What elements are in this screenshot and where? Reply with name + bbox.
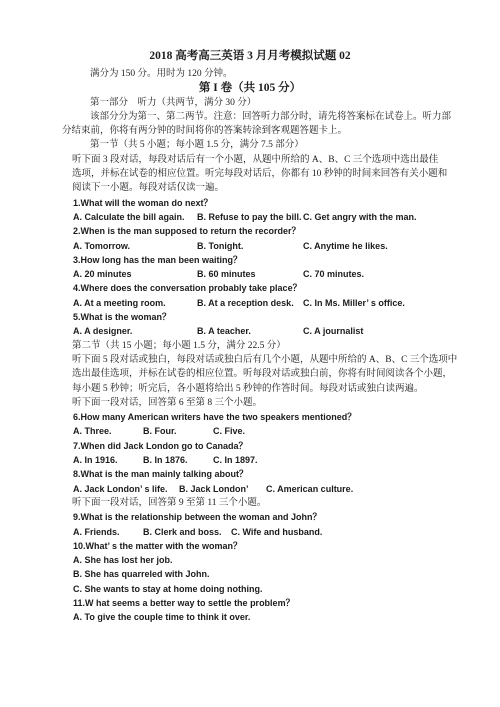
option-b: B. In 1876. (143, 453, 213, 467)
option-c: C. Get angry with the man. (303, 210, 500, 224)
volume-1-heading: 第 I 卷（共 105 分） (0, 81, 500, 95)
question-4-options: A. At a meeting room. B. At a reception … (73, 296, 500, 310)
question-10-option-c: C. She wants to stay at home doing nothi… (73, 582, 500, 596)
question-8: 8.What is the man mainly talking about？ (73, 467, 500, 481)
option-a: A. Calculate the bill again. (73, 210, 197, 224)
option-a: A. Three. (73, 424, 143, 438)
option-b: B. At a reception desk. (197, 296, 303, 310)
question-9-options: A. Friends. B. Clerk and boss. C. Wife a… (73, 525, 500, 539)
section-2-instructions: 听下面 5 段对话或独白，每段对话或独白后有几个小题，从题中所给的 A、B、C … (72, 353, 492, 396)
question-7: 7.When did Jack London go to Canada？ (73, 439, 500, 453)
option-a: A. Friends. (73, 525, 143, 539)
question-3-options: A. 20 minutes B. 60 minutes C. 70 minute… (73, 267, 500, 281)
option-b: B. Refuse to pay the bill. (197, 210, 303, 224)
option-a: A. Jack London’ s life. (73, 482, 179, 496)
question-4: 4.Where does the conversation probably t… (73, 281, 500, 295)
option-c: C. A journalist (303, 324, 500, 338)
option-b: B. Clerk and boss. (143, 525, 231, 539)
question-2-options: A. Tomorrow. B. Tonight. C. Anytime he l… (73, 239, 500, 253)
question-1-options: A. Calculate the bill again. B. Refuse t… (73, 210, 500, 224)
question-11-option-a: A. To give the couple time to think it o… (73, 610, 500, 624)
question-7-options: A. In 1916. B. In 1876. C. In 1897. (73, 453, 500, 467)
exam-title: 2018 高考高三英语 3 月月考模拟试题 02 (0, 48, 500, 65)
question-6: 6.How many American writers have the two… (73, 410, 500, 424)
option-b: B. 60 minutes (197, 267, 303, 281)
option-a: A. At a meeting room. (73, 296, 197, 310)
option-a: A. Tomorrow. (73, 239, 197, 253)
question-9: 9.What is the relationship between the w… (73, 510, 500, 524)
option-b: B. Four. (143, 424, 213, 438)
dialogue-9-11-intro: 听下面一段对话，回答第 9 至第 11 三个小题。 (72, 496, 492, 510)
question-2: 2.When is the man supposed to return the… (73, 224, 500, 238)
option-c: C. Five. (213, 424, 500, 438)
exam-paper-page: 2018 高考高三英语 3 月月考模拟试题 02 满分为 150 分。用时为 1… (0, 0, 500, 707)
option-c: C. In Ms. Miller’ s office. (303, 296, 500, 310)
option-b: B. A teacher. (197, 324, 303, 338)
option-a: A. In 1916. (73, 453, 143, 467)
question-1: 1.What will the woman do next？ (73, 196, 500, 210)
question-10-option-b: B. She has quarreled with John. (73, 567, 500, 581)
question-5: 5.What is the woman？ (73, 310, 500, 324)
question-5-options: A. A designer. B. A teacher. C. A journa… (73, 324, 500, 338)
option-c: C. American culture. (266, 482, 500, 496)
question-11: 11.W hat seems a better way to settle th… (73, 596, 500, 610)
question-10-option-a: A. She has lost her job. (73, 553, 500, 567)
score-duration-note: 满分为 150 分。用时为 120 分钟。 (90, 67, 500, 81)
part-1-instructions: 该部分分为第一、第二两节。注意：回答听力部分时，请先将答案标在试卷上。听力部 分… (62, 110, 480, 139)
option-a: A. A designer. (73, 324, 197, 338)
section-1-heading: 第一节（共 5 小题；每小题 1.5 分，满分 7.5 部分） (90, 138, 500, 152)
option-c: C. Wife and husband. (231, 525, 500, 539)
option-c: C. Anytime he likes. (303, 239, 500, 253)
question-10: 10.What’ s the matter with the woman？ (73, 539, 500, 553)
option-c: C. 70 minutes. (303, 267, 500, 281)
question-8-options: A. Jack London’ s life. B. Jack London’ … (73, 482, 500, 496)
dialogue-6-8-intro: 听下面一段对话，回答第 6 至第 8 三个小题。 (72, 396, 492, 410)
option-a: A. 20 minutes (73, 267, 197, 281)
option-c: C. In 1897. (213, 453, 500, 467)
option-b: B. Jack London’ (179, 482, 266, 496)
option-b: B. Tonight. (197, 239, 303, 253)
part-1-heading: 第一部分 听力（共两节，满分 30 分） (90, 96, 500, 110)
section-2-heading: 第二节（共 15 小题；每小题 1.5 分，满分 22.5 分） (72, 339, 492, 353)
question-6-options: A. Three. B. Four. C. Five. (73, 424, 500, 438)
question-3: 3.How long has the man been waiting？ (73, 253, 500, 267)
section-1-instructions: 听下面 3 段对话，每段对话后有一个小题，从题中所给的 A、B、C 三个选项中选… (72, 153, 492, 196)
